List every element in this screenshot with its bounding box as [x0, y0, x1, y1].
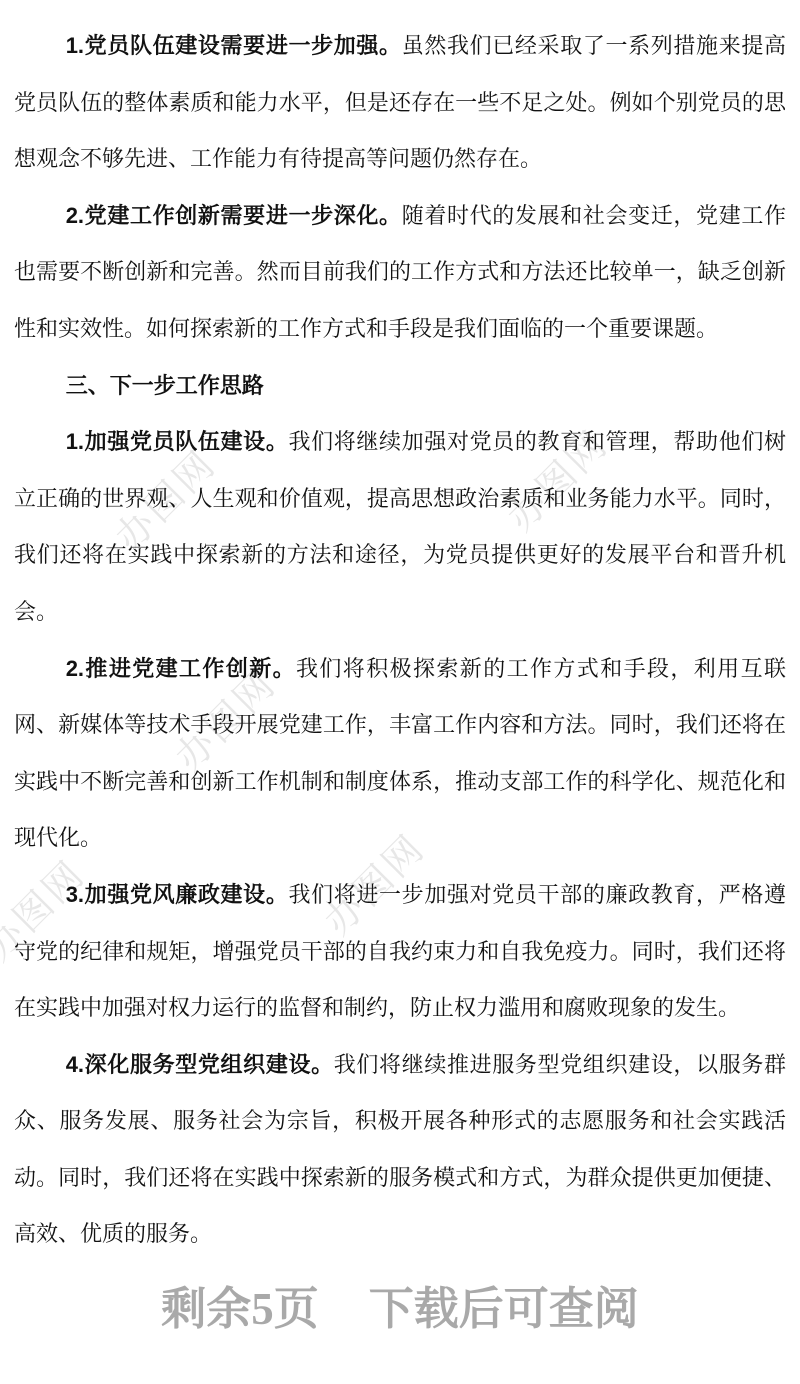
paragraph-lead: 2.党建工作创新需要进一步深化。: [66, 203, 402, 228]
paragraph-lead: 4.深化服务型党组织建设。: [66, 1052, 334, 1077]
document-page: 办图网办图网办图网办图网办图网 1.党员队伍建设需要进一步加强。虽然我们已经采取…: [0, 0, 800, 1384]
paragraph-text: 我们将继续推进服务型党组织建设，以服务群众、服务发展、服务社会为宗旨，积极开展各…: [14, 1052, 786, 1247]
paragraph-lead: 2.推进党建工作创新。: [66, 656, 296, 681]
paragraph-text: 我们将继续加强对党员的教育和管理，帮助他们树立正确的世界观、人生观和价值观，提高…: [14, 429, 786, 624]
paragraph-lead: 1.加强党员队伍建设。: [66, 429, 289, 454]
paragraph-text: 我们将积极探索新的工作方式和手段，利用互联网、新媒体等技术手段开展党建工作，丰富…: [14, 656, 786, 851]
paragraph-lead: 1.党员队伍建设需要进一步加强。: [66, 33, 402, 58]
paragraph-lead: 3.加强党风廉政建设。: [66, 882, 289, 907]
paragraph: 4.深化服务型党组织建设。我们将继续推进服务型党组织建设，以服务群众、服务发展、…: [14, 1037, 786, 1263]
paywall-notice: 剩余5页下载后可查阅: [0, 1272, 800, 1337]
paragraph: 3.加强党风廉政建设。我们将进一步加强对党员干部的廉政教育，严格遵守党的纪律和规…: [14, 867, 786, 1037]
paragraph: 1.加强党员队伍建设。我们将继续加强对党员的教育和管理，帮助他们树立正确的世界观…: [14, 414, 786, 640]
paragraph: 2.推进党建工作创新。我们将积极探索新的工作方式和手段，利用互联网、新媒体等技术…: [14, 641, 786, 867]
document-content: 1.党员队伍建设需要进一步加强。虽然我们已经采取了一系列措施来提高党员队伍的整体…: [14, 0, 786, 1263]
section-heading: 三、下一步工作思路: [14, 358, 786, 415]
download-hint-label: 下载后可查阅: [369, 1284, 639, 1334]
paragraph: 2.党建工作创新需要进一步深化。随着时代的发展和社会变迁，党建工作也需要不断创新…: [14, 188, 786, 358]
paragraph: 1.党员队伍建设需要进一步加强。虽然我们已经采取了一系列措施来提高党员队伍的整体…: [14, 18, 786, 188]
remaining-pages-label: 剩余5页: [161, 1284, 319, 1334]
